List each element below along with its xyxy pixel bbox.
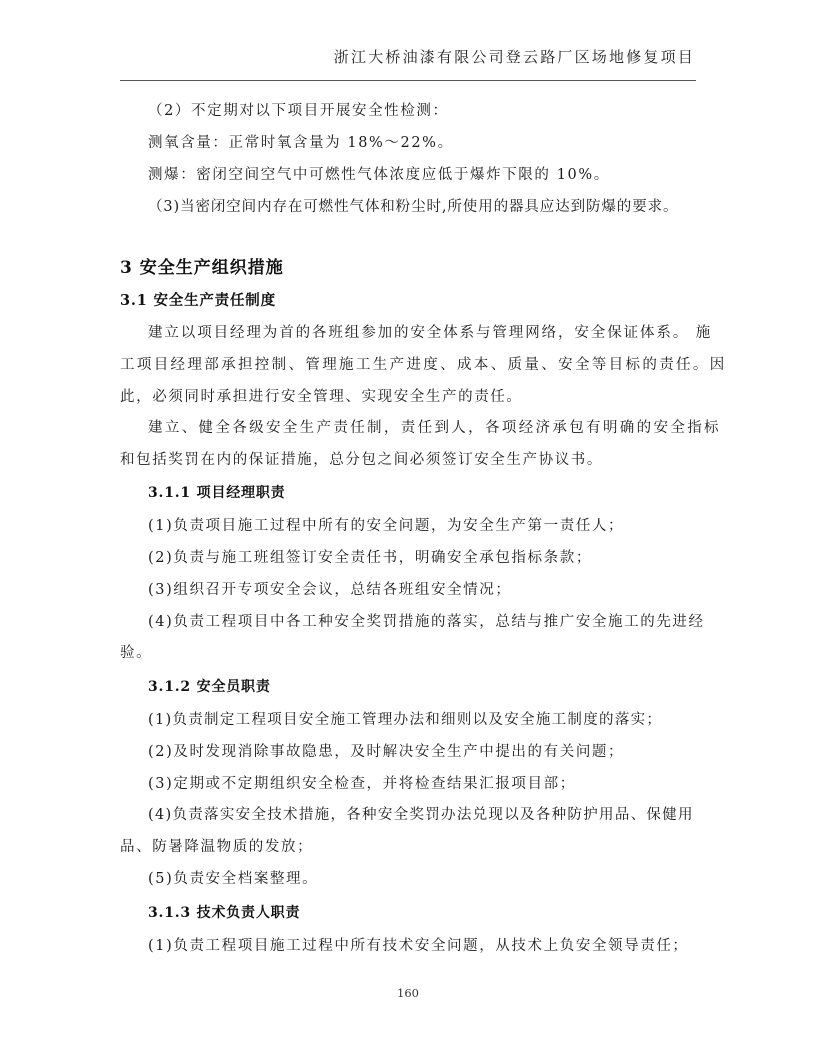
section-heading-3-1-2: 3.1.2 安全员职责 [148,676,271,696]
body-line: （3)当密闭空间内存在可燃性气体和粉尘时,所使用的器具应达到防爆的要求。 [148,195,724,216]
list-item: (5)负责安全档案整理。 [148,867,724,888]
list-item: (1)负责工程项目施工过程中所有技术安全问题，从技术上负安全领导责任； [148,934,724,955]
page-number: 160 [0,986,816,1000]
list-item: (2)负责与施工班组签订安全责任书，明确安全承包指标条款； [148,546,724,567]
list-item: (4)负责落实安全技术措施，各种安全奖罚办法兑现以及各种防护用品、保健用 [148,803,724,824]
list-item: (1)负责制定工程项目安全施工管理办法和细则以及安全施工制度的落实； [148,708,724,729]
paragraph-line: 和包括奖罚在内的保证措施，总分包之间必须签订安全生产协议书。 [120,448,696,469]
header-divider [120,80,696,81]
body-line: 测氧含量：正常时氧含量为 18%～22%。 [148,131,724,152]
list-item: (4)负责工程项目中各工种安全奖罚措施的落实，总结与推广安全施工的先进经 [148,610,724,631]
section-heading-3-1-1: 3.1.1 项目经理职责 [148,482,285,502]
paragraph-line: 此，必须同时承担进行安全管理、实现安全生产的责任。 [120,385,696,406]
list-item: (3)组织召开专项安全会议，总结各班组安全情况； [148,578,724,599]
list-item: 验。 [120,641,696,662]
list-item: (3)定期或不定期组织安全检查，并将检查结果汇报项目部； [148,772,724,793]
list-item: (1)负责项目施工过程中所有的安全问题，为安全生产第一责任人； [148,514,724,535]
paragraph-line: 建立、健全各级安全生产责任制，责任到人，各项经济承包有明确的安全指标 [148,416,724,437]
section-heading-3: 3 安全生产组织措施 [120,253,284,278]
paragraph-line: 建立以项目经理为首的各班组参加的安全体系与管理网络，安全保证体系。 施 [148,321,724,342]
header-title: 浙江大桥油漆有限公司登云路厂区场地修复项目 [334,46,695,67]
section-heading-3-1: 3.1 安全生产责任制度 [120,289,276,310]
list-item: 品、防暑降温物质的发放； [120,835,696,856]
body-line: 测爆：密闭空间空气中可燃性气体浓度应低于爆炸下限的 10%。 [148,163,724,184]
paragraph-line: 工项目经理部承担控制、管理施工生产进度、成本、质量、安全等目标的责任。因 [120,353,696,374]
list-item: (2)及时发现消除事故隐患，及时解决安全生产中提出的有关问题； [148,740,724,761]
section-heading-3-1-3: 3.1.3 技术负责人职责 [148,902,300,922]
body-line: （2）不定期对以下项目开展安全性检测： [148,99,724,120]
